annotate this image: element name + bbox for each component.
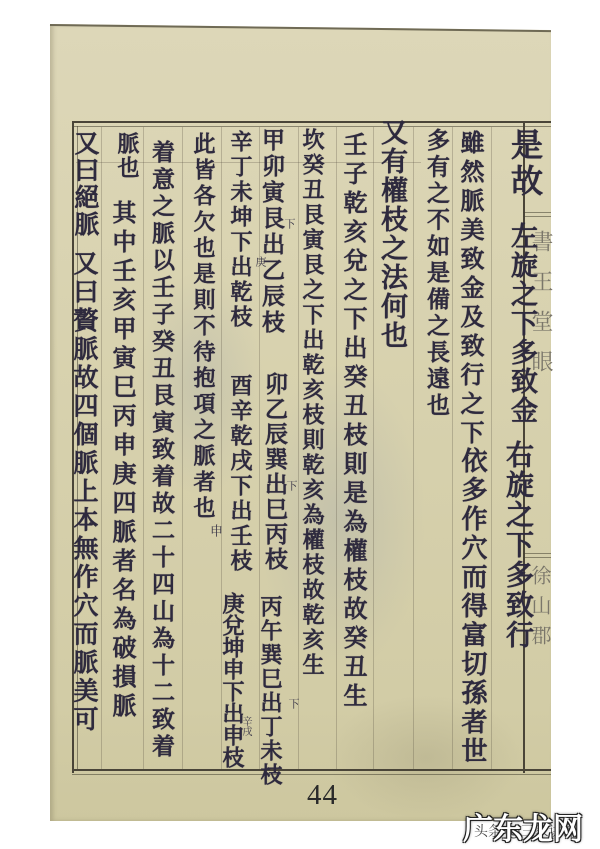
watermark-site-logo: 广东龙网 bbox=[463, 804, 583, 848]
text-column-7-segment-3: 丙午巽巳出丁未枝 bbox=[259, 595, 281, 787]
text-column-6: 坎癸丑艮寅艮之下出乾亥枝則乾亥為權枝故乾亥生 bbox=[301, 128, 323, 678]
text-column-8-segment-3: 庚兌坤申下出申枝 bbox=[221, 592, 243, 768]
text-column-11-segment-1: 脈也 bbox=[116, 132, 138, 180]
text-column-12-segment-1: 又曰絕脈 bbox=[73, 130, 98, 238]
column-grid-line bbox=[413, 127, 414, 769]
fold-mark-upper-2 bbox=[523, 216, 551, 217]
text-column-7-segment-2: 卯乙辰巽出巳丙枝 bbox=[263, 372, 286, 572]
text-column-10: 着意之脈以壬子癸丑艮寅致着故二十四山為十二致着 bbox=[150, 140, 173, 761]
frame-bottom-rule-inner bbox=[72, 774, 551, 775]
interlinear-note: 申 bbox=[208, 524, 221, 537]
text-column-1-segment-3: 右旋之下多致行 bbox=[504, 440, 532, 650]
column-grid-line bbox=[336, 127, 337, 769]
interlinear-note: 下 bbox=[286, 480, 297, 491]
column-grid-line bbox=[182, 127, 183, 769]
frame-top-rule bbox=[72, 121, 551, 123]
interlinear-note: 下 bbox=[288, 698, 299, 709]
interlinear-note: 下 bbox=[284, 218, 295, 229]
text-column-4: 又有權枝之法何也 bbox=[378, 118, 405, 350]
text-column-8-segment-1: 辛丁未坤下出乾枝 bbox=[229, 130, 251, 330]
text-column-11-segment-2: 其中壬亥甲寅巳丙申庚四脈者名為破損脈 bbox=[110, 200, 134, 722]
text-column-2-segment-2: 依多作穴而得富切孫者世 bbox=[459, 447, 485, 766]
column-grid-line bbox=[101, 127, 102, 769]
text-column-12-segment-2: 又曰贅脈故四個脈上本無作穴而脈美可 bbox=[72, 250, 97, 735]
column-grid-line bbox=[143, 127, 144, 769]
interlinear-note: 庚 bbox=[255, 256, 266, 267]
page-number: 44 bbox=[307, 779, 338, 812]
column-grid-line bbox=[491, 127, 492, 769]
text-column-9: 此皆各欠也是則不待抱項之脈者也 bbox=[192, 132, 214, 522]
text-column-5: 壬子乾亥兌之下出癸丑枝則是為權枝故癸丑生 bbox=[341, 132, 365, 712]
text-column-1-segment-2: 左旋之下多致金 bbox=[508, 222, 535, 425]
fold-mark-upper-1 bbox=[523, 212, 551, 213]
text-column-1-segment-1: 是故 bbox=[509, 128, 541, 200]
text-column-8-segment-2: 酉辛乾戌下出壬枝 bbox=[229, 374, 251, 574]
scanned-page-view: 書王堂眼 徐山郡 是故 左旋之下多致金 右旋之下多致行 雖然脈美致金及致行之下 … bbox=[0, 0, 600, 849]
text-column-7-segment-1: 甲卯寅艮出乙辰枝 bbox=[260, 128, 283, 336]
interlinear-note: 辛戌 bbox=[240, 716, 250, 736]
column-grid-line bbox=[373, 127, 374, 769]
frame-bottom-rule bbox=[72, 769, 551, 771]
text-column-2-segment-1: 雖然脈美致金及致行之下 bbox=[458, 130, 482, 449]
column-grid-line bbox=[452, 127, 453, 769]
text-column-3: 多有之不如是備之長遠也 bbox=[425, 128, 448, 420]
